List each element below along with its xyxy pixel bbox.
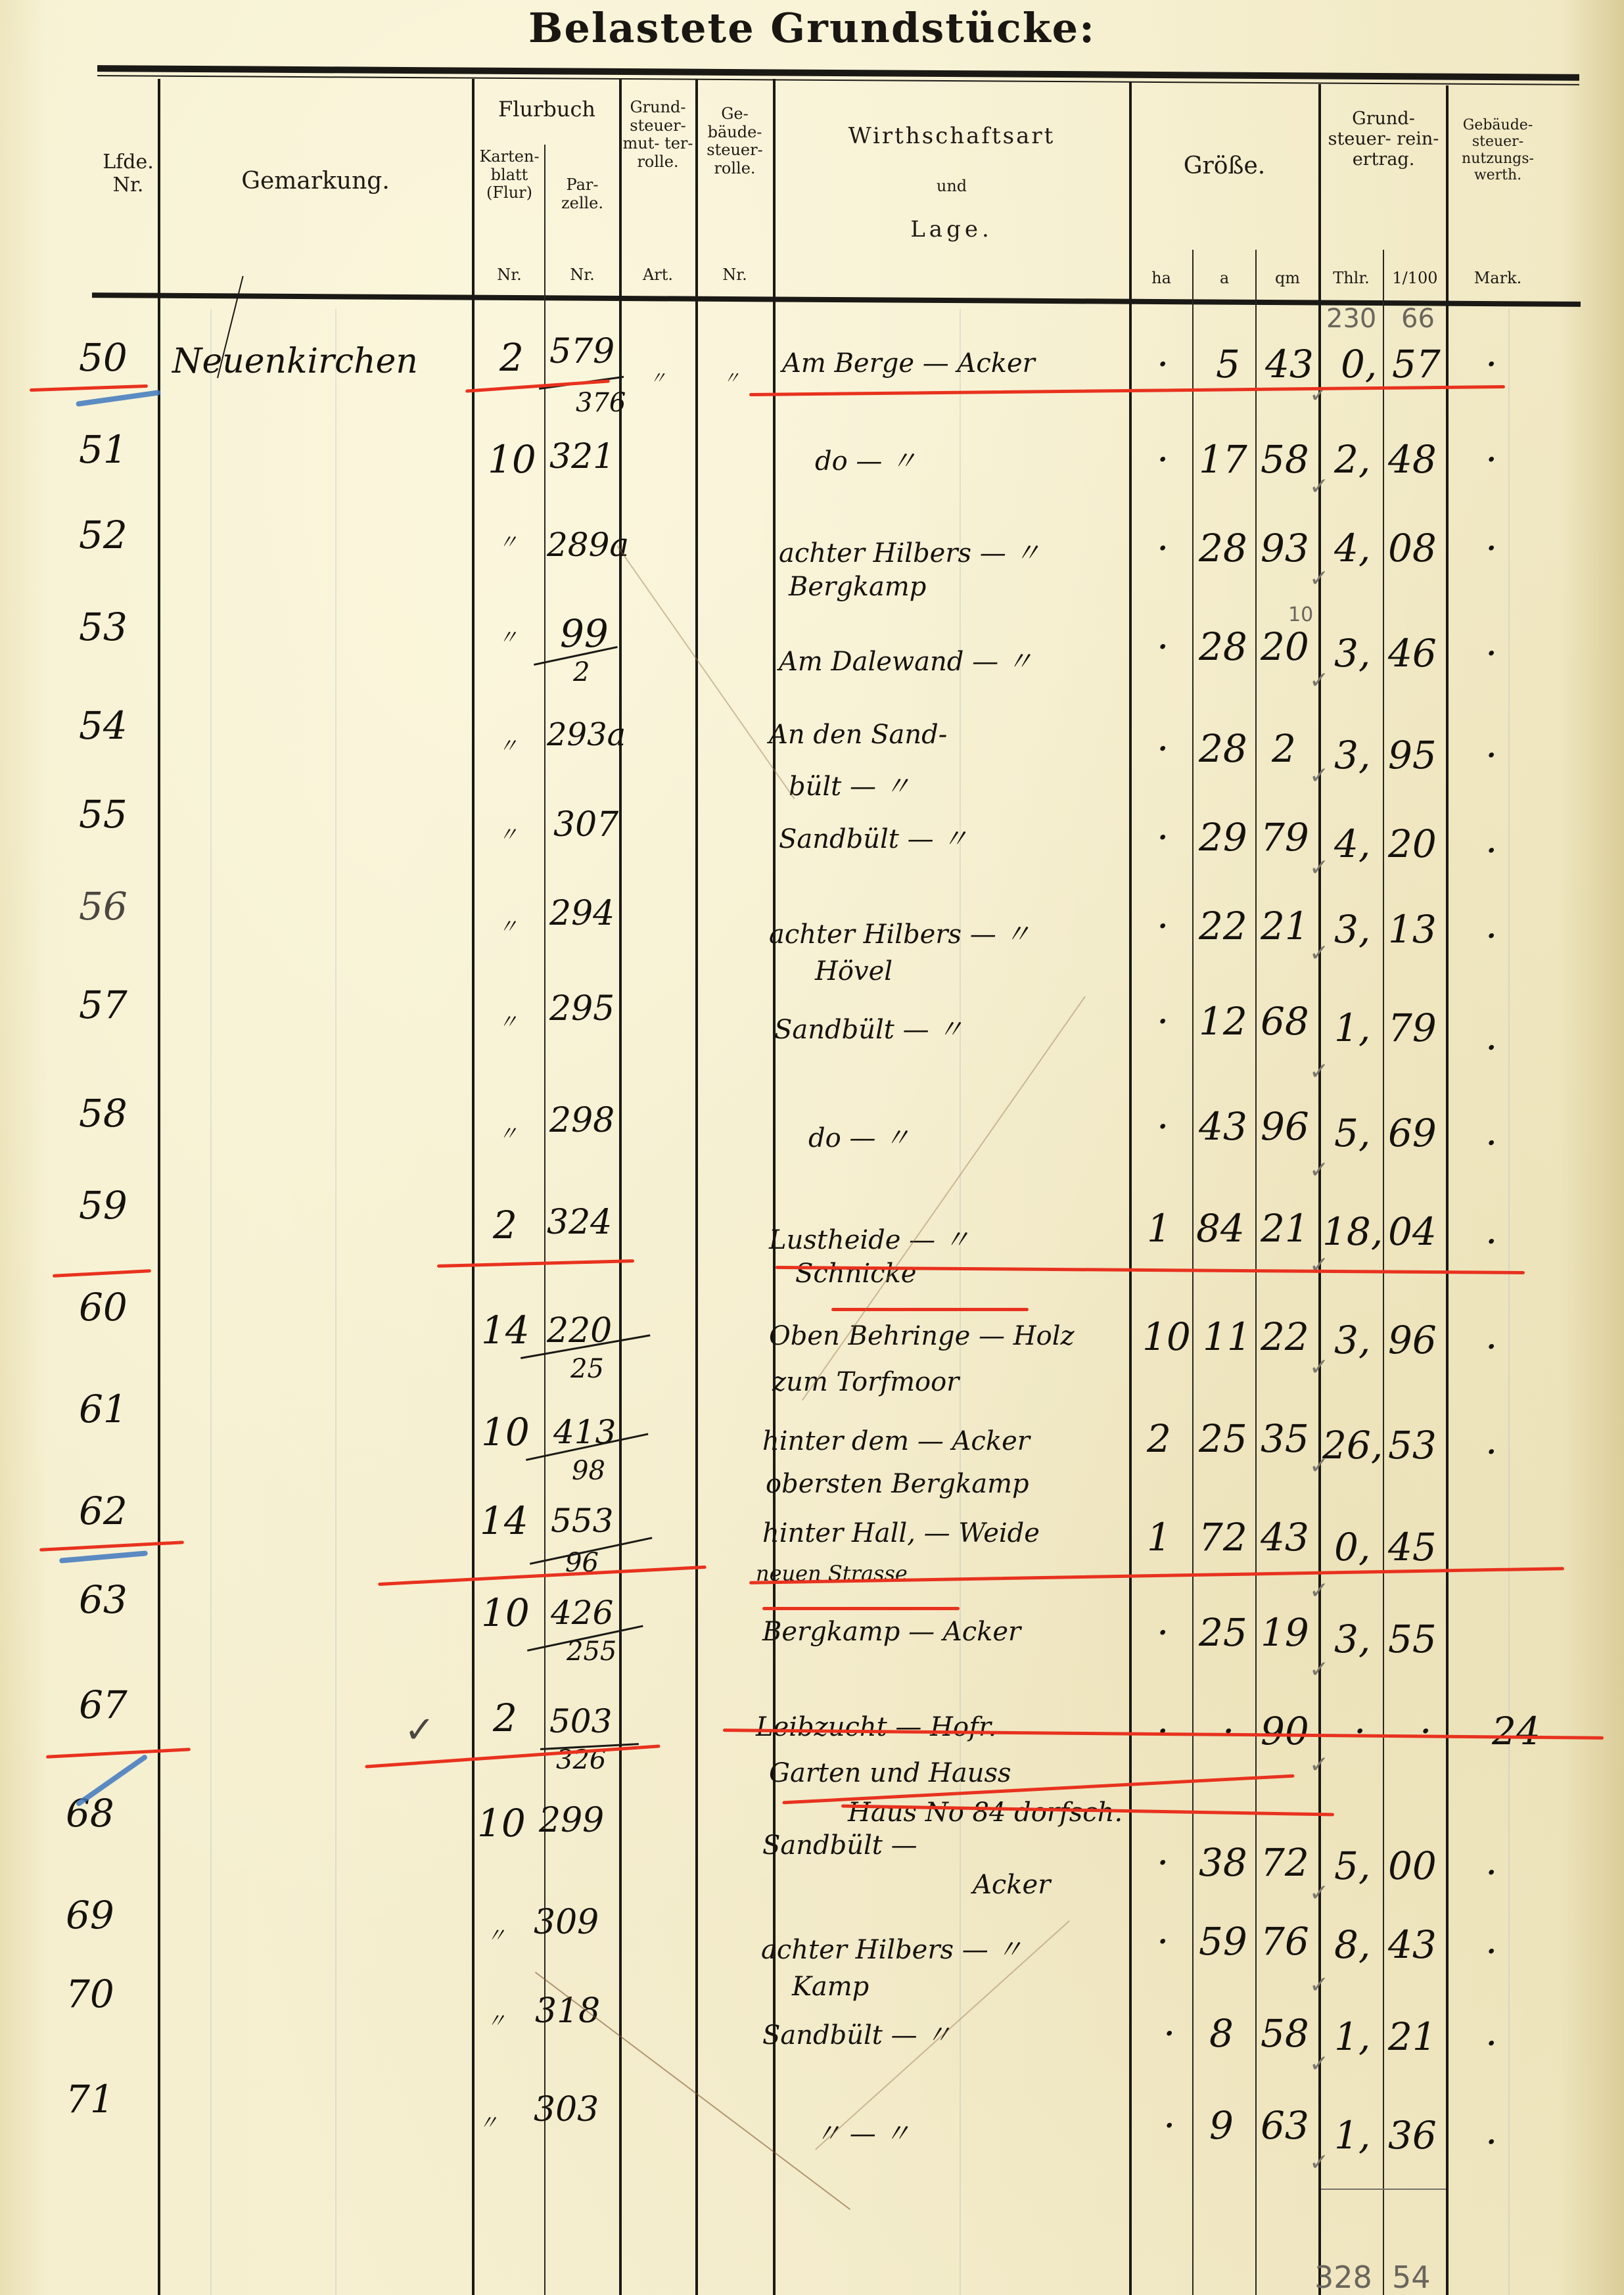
size-a: 12 (1199, 999, 1247, 1044)
ertrag-hundredths: 53 (1388, 1423, 1437, 1468)
ertrag-hundredths: 79 (1388, 1006, 1437, 1050)
ertrag-thlr: 1, (1334, 1006, 1370, 1050)
size-a: 25 (1199, 1610, 1247, 1655)
size-a: 28 (1199, 624, 1247, 669)
size-ha: · (1157, 815, 1169, 860)
parzelle-sub-nr: 376 (576, 388, 626, 418)
lage-text-line2: obersten Bergkamp (766, 1469, 1029, 1499)
size-ha: · (1157, 999, 1169, 1044)
size-qm: 21 (1261, 1206, 1309, 1251)
row-nr: 59 (79, 1183, 128, 1228)
parzelle-nr: 579 (549, 332, 615, 371)
page-title: Belastete Grundstücke: (0, 4, 1624, 52)
col-rule-karte-parzelle (544, 145, 545, 2295)
red-cancel-line (831, 1308, 1029, 1311)
lage-text: achter Hilbers — 〃 (779, 532, 1040, 570)
ertrag-thlr: 0, (1334, 1525, 1370, 1569)
size-a: 11 (1203, 1314, 1251, 1359)
carry-over-hundredths: 66 (1401, 304, 1435, 334)
checkmark-icon: ✓ (1309, 940, 1329, 967)
header-lage: Lage. (776, 217, 1128, 243)
ertrag-hundredths: 46 (1388, 631, 1437, 676)
mark-value: · (1485, 1929, 1497, 1974)
ertrag-thlr: 3, (1334, 1617, 1370, 1661)
lage-text-line2: Garten und Hauss (769, 1758, 1011, 1788)
carry-over-thlr: 230 (1326, 304, 1376, 334)
lage-text-line2: Acker (973, 1870, 1050, 1900)
mark-value: · (1485, 828, 1497, 873)
lage-text: Sandbült — (762, 1830, 917, 1861)
header-grundsteuerreinertrag: Grund- steuer- rein- ertrag. (1321, 108, 1446, 170)
lage-text-line2: Kamp (792, 1972, 869, 2002)
checkmark-icon: ✓ (1309, 1577, 1329, 1604)
lage-text: Sandbült — 〃 (762, 2014, 952, 2052)
row-nr: 55 (79, 792, 128, 837)
mark-value: · (1485, 1121, 1497, 1165)
parzelle-nr: 307 (553, 805, 618, 845)
col-rule-lage-groesse (1129, 82, 1132, 2295)
lage-text: 〃 — 〃 (815, 2113, 910, 2150)
kartenblatt-nr: 10 (481, 1410, 530, 1454)
parzelle-nr: 299 (539, 1801, 604, 1840)
guide-line (210, 309, 212, 2295)
row-nr: 50 (79, 335, 128, 380)
mark-value: · (1485, 2021, 1497, 2066)
size-qm: 43 (1261, 1515, 1309, 1560)
checkmark-icon: ✓ (1309, 1354, 1329, 1381)
size-a: 29 (1199, 815, 1247, 860)
lage-text: Sandbült — 〃 (774, 1009, 963, 1046)
unit-thlr: Thlr. (1321, 269, 1381, 288)
header-flurbuch: Flurbuch (475, 97, 619, 122)
kartenblatt-nr: 〃 (498, 1117, 518, 1146)
gebaeude-nr: 〃 (723, 365, 740, 389)
size-a: 17 (1199, 437, 1247, 482)
header-und: und (776, 177, 1128, 196)
lage-text-line2: zum Torfmoor (772, 1367, 959, 1397)
parzelle-nr: 426 (551, 1594, 613, 1632)
checkmark-icon: ✓ (1309, 854, 1329, 881)
col-rule-ha-a (1192, 250, 1194, 2295)
lage-text: Bergkamp — Acker (762, 1617, 1021, 1647)
ertrag-hundredths: 13 (1388, 907, 1437, 952)
checkmark-icon: ✓ (1309, 1252, 1329, 1279)
lage-text: Lustheide — 〃 (769, 1219, 970, 1257)
size-a: 5 (1216, 342, 1240, 386)
checkmark-icon: ✓ (404, 1709, 435, 1751)
checkmark-icon: ✓ (1309, 565, 1329, 592)
ertrag-thlr: 26, (1322, 1423, 1383, 1468)
kartenblatt-nr: 〃 (498, 910, 518, 939)
lage-text-line2: Hövel (815, 956, 893, 986)
row-nr: 62 (79, 1489, 128, 1533)
kartenblatt-nr: 〃 (498, 818, 518, 847)
parzelle-nr: 309 (534, 1903, 599, 1942)
kartenblatt-nr: 2 (493, 1696, 517, 1740)
size-ha: · (1163, 2103, 1175, 2148)
size-ha: · (1157, 726, 1169, 771)
size-ha: · (1157, 526, 1169, 570)
unit-hundredths: 1/100 (1385, 269, 1445, 288)
kartenblatt-nr: 〃 (486, 1919, 506, 1948)
ertrag-hundredths: 00 (1388, 1843, 1437, 1888)
total-thlr: 328 (1314, 2260, 1372, 2295)
kartenblatt-nr: 〃 (498, 730, 518, 758)
mark-value: · (1485, 1429, 1497, 1474)
header-kartenblatt: Karten- blatt (Flur) (475, 148, 544, 202)
lage-text-line2: bült — 〃 (789, 766, 911, 803)
unit-kartenblatt-nr: Nr. (475, 266, 544, 285)
unit-ha: ha (1132, 269, 1191, 288)
mark-value: · (1485, 914, 1497, 958)
size-a: · (1222, 1709, 1234, 1753)
kartenblatt-nr: 〃 (498, 526, 518, 555)
ertrag-thlr: 3, (1334, 733, 1370, 777)
row-nr: 54 (79, 703, 128, 748)
ertrag-hundredths: 21 (1388, 2014, 1437, 2059)
size-ha: 1 (1147, 1206, 1171, 1251)
unit-gebaeude-nr: Nr. (698, 266, 772, 285)
ertrag-thlr: 4, (1334, 822, 1370, 866)
row-nr: 53 (79, 605, 128, 649)
ertrag-hundredths: 96 (1388, 1318, 1437, 1362)
checkmark-icon: ✓ (1309, 1452, 1329, 1479)
size-a: 72 (1199, 1515, 1247, 1560)
size-ha: · (1157, 1104, 1169, 1149)
col-rule-grund-geb (695, 79, 698, 2295)
size-a: 25 (1199, 1416, 1247, 1461)
grundsteuer-art: 〃 (649, 365, 666, 389)
ertrag-hundredths: 04 (1388, 1209, 1437, 1254)
size-a: 8 (1209, 2011, 1234, 2056)
red-cancel-line (762, 1607, 960, 1610)
checkmark-icon: ✓ (1309, 2149, 1329, 2176)
size-qm: 2 (1272, 726, 1296, 771)
mark-value: · (1485, 437, 1497, 482)
size-ha: · (1157, 437, 1169, 482)
row-nr: 71 (66, 2077, 114, 2121)
checkmark-icon: ✓ (1309, 1880, 1329, 1907)
checkmark-icon: ✓ (1309, 473, 1329, 500)
gemarkung-value: Neuenkirchen (172, 342, 418, 381)
size-ha: · (1157, 624, 1169, 669)
lage-text: achter Hilbers — 〃 (769, 914, 1031, 951)
kartenblatt-nr: 〃 (498, 621, 518, 650)
ertrag-thlr: 4, (1334, 526, 1370, 570)
row-nr: 70 (66, 1972, 114, 2016)
row-nr: 61 (79, 1387, 128, 1431)
parzelle-nr: 293a (547, 716, 626, 753)
size-ha: 10 (1142, 1314, 1191, 1359)
header-gebaeudesteuerrolle: Ge- bäude- steuer- rolle. (698, 105, 772, 177)
row-nr: 69 (66, 1893, 114, 1937)
parzelle-nr: 503 (549, 1702, 612, 1740)
ertrag-hundredths: 08 (1388, 526, 1437, 570)
header-gemarkung: Gemarkung. (161, 168, 470, 195)
header-lfde-nr: Lfde. Nr. (99, 151, 158, 197)
header-wirthschaftsart: Wirthschaftsart (776, 124, 1128, 149)
size-a: 84 (1196, 1206, 1245, 1251)
size-ha: 1 (1147, 1515, 1171, 1560)
size-ha: · (1157, 1610, 1169, 1655)
size-ha: 2 (1147, 1416, 1171, 1461)
kartenblatt-nr: 〃 (498, 1006, 518, 1034)
lage-text-line2: Bergkamp (789, 572, 926, 602)
mark-value: · (1485, 1219, 1497, 1264)
size-a: 28 (1199, 726, 1247, 771)
parzelle-nr: 553 (551, 1502, 613, 1540)
size-a: 43 (1199, 1104, 1247, 1149)
parzelle-nr: 321 (549, 437, 615, 476)
guide-line (1508, 309, 1510, 2295)
ertrag-hundredths: 95 (1388, 733, 1437, 777)
parzelle-nr: 324 (547, 1203, 612, 1242)
size-qm: 90 (1261, 1709, 1309, 1753)
mark-value: · (1485, 1025, 1497, 1070)
mark-value: · (1485, 631, 1497, 676)
parzelle-sub-nr: 25 (570, 1354, 604, 1384)
ertrag-thlr: 3, (1334, 631, 1370, 676)
size-a: 28 (1199, 526, 1247, 570)
ertrag-hundredths: 57 (1392, 342, 1441, 386)
row-nr: 57 (79, 983, 128, 1027)
kartenblatt-nr: 2 (499, 335, 524, 380)
size-ha: · (1163, 2011, 1175, 2056)
ertrag-thlr: 1, (1334, 2014, 1370, 2059)
row-nr: 60 (79, 1285, 128, 1330)
kartenblatt-nr: 10 (481, 1590, 530, 1635)
size-ha: · (1157, 904, 1169, 948)
checkmark-icon: ✓ (1309, 762, 1329, 789)
total-rule (1321, 2189, 1446, 2190)
checkmark-icon: ✓ (1309, 1972, 1329, 1999)
size-qm: 20 (1261, 624, 1309, 669)
ertrag-hundredths: 36 (1388, 2113, 1437, 2158)
lage-text: An den Sand- (769, 720, 947, 750)
total-hundredths: 54 (1392, 2260, 1431, 2295)
ertrag-hundredths: · (1420, 1709, 1431, 1753)
size-qm: 35 (1261, 1416, 1309, 1461)
unit-qm: qm (1258, 269, 1317, 288)
mark-value: · (1485, 733, 1497, 777)
ertrag-thlr: 5, (1334, 1111, 1370, 1155)
ertrag-thlr: 1, (1334, 2113, 1370, 2158)
checkmark-icon: ✓ (1309, 1058, 1329, 1085)
col-rule-lfde-gemarkung (158, 79, 160, 2295)
row-nr: 51 (79, 427, 128, 472)
size-qm: 79 (1261, 815, 1309, 860)
size-qm: 22 (1261, 1314, 1309, 1359)
unit-parzelle-nr: Nr. (547, 266, 618, 285)
kartenblatt-nr: 14 (480, 1498, 528, 1543)
size-qm: 93 (1261, 526, 1309, 570)
col-rule-groesse-ertrag (1318, 84, 1321, 2295)
ertrag-thlr: 5, (1334, 1843, 1370, 1888)
size-qm: 58 (1261, 2011, 1309, 2056)
mark-value: · (1485, 342, 1497, 386)
kartenblatt-nr: 10 (488, 437, 536, 482)
ertrag-thlr: 8, (1334, 1922, 1370, 1967)
parzelle-nr: 294 (549, 894, 615, 933)
guide-line (960, 309, 961, 2295)
size-a: 38 (1199, 1840, 1247, 1885)
parzelle-sub-nr: 98 (572, 1456, 605, 1486)
lage-text: Sandbült — 〃 (779, 818, 968, 856)
size-qm: 21 (1261, 904, 1309, 948)
lage-text: hinter dem — Acker (762, 1426, 1030, 1456)
mark-value: 24 (1492, 1709, 1541, 1753)
size-qm: 43 (1265, 342, 1314, 386)
parzelle-nr: 295 (549, 989, 615, 1029)
size-qm: 58 (1261, 437, 1309, 482)
header-groesse: Größe. (1132, 152, 1317, 179)
lage-text: hinter Hall, — Weide (762, 1518, 1040, 1548)
header-gebaeudesteuernutzungswerth: Gebäude- steuer- nutzungs- werth. (1449, 117, 1547, 183)
lage-text: achter Hilbers — 〃 (761, 1929, 1023, 1966)
ertrag-hundredths: 45 (1388, 1525, 1437, 1569)
size-ha: · (1157, 1840, 1169, 1885)
lage-text: Leibzucht — Hofr. (756, 1712, 996, 1742)
row-nr: 56 (79, 884, 128, 929)
size-qm: 96 (1261, 1104, 1309, 1149)
mark-value: · (1485, 1850, 1497, 1895)
size-qm: 72 (1261, 1840, 1309, 1885)
size-a: 59 (1199, 1919, 1247, 1964)
row-nr: 52 (79, 513, 128, 557)
checkmark-icon: ✓ (1309, 1157, 1329, 1184)
size-qm: 76 (1261, 1919, 1309, 1964)
ertrag-thlr: 18, (1322, 1209, 1383, 1254)
size-a: 9 (1209, 2103, 1234, 2148)
col-rule-ertrag-mark (1446, 85, 1449, 2295)
row-nr: 63 (79, 1577, 128, 1622)
lage-text: do — 〃 (815, 440, 917, 478)
row53-qm-correction: 10 (1288, 603, 1313, 626)
ertrag-thlr: · (1354, 1709, 1366, 1753)
ertrag-thlr: 0, (1341, 342, 1377, 386)
ertrag-hundredths: 48 (1388, 437, 1437, 482)
unit-mark: Mark. (1449, 269, 1547, 288)
lage-text-line3: Haus No 84 dorfsch. (848, 1797, 1123, 1828)
header-parzelle: Par- zelle. (547, 176, 618, 212)
lage-text: Oben Behringe — Holz (769, 1321, 1075, 1351)
mark-value: · (1485, 526, 1497, 570)
checkmark-icon: ✓ (1309, 667, 1329, 694)
checkmark-icon: ✓ (1309, 1751, 1329, 1778)
guide-line (335, 309, 336, 2295)
size-qm: 63 (1261, 2103, 1309, 2148)
ertrag-hundredths: 43 (1388, 1922, 1437, 1967)
parzelle-nr: 413 (553, 1413, 616, 1451)
parzelle-nr: 303 (534, 2090, 599, 2129)
parzelle-nr: 289a (547, 526, 629, 564)
kartenblatt-nr: 2 (493, 1203, 517, 1247)
unit-a: a (1195, 269, 1254, 288)
size-ha: · (1157, 1709, 1169, 1753)
size-a: 22 (1199, 904, 1247, 948)
parzelle-nr: 298 (549, 1101, 615, 1140)
ertrag-hundredths: 69 (1388, 1111, 1437, 1155)
ertrag-hundredths: 20 (1388, 822, 1437, 866)
kartenblatt-nr: 〃 (486, 2005, 506, 2033)
checkmark-icon: ✓ (1309, 2051, 1329, 2077)
ertrag-hundredths: 55 (1388, 1617, 1437, 1661)
checkmark-icon: ✓ (1309, 381, 1329, 408)
header-grundsteuermutterrolle: Grund- steuer- mut- ter- rolle. (622, 99, 694, 171)
size-qm: 68 (1261, 999, 1309, 1044)
row-nr: 67 (79, 1682, 128, 1727)
checkmark-icon: ✓ (1309, 1656, 1329, 1683)
row-nr: 58 (79, 1091, 128, 1136)
col-rule-gemarkung-karte (472, 79, 475, 2295)
kartenblatt-nr: 14 (481, 1308, 530, 1353)
ertrag-thlr: 2, (1334, 437, 1370, 482)
ertrag-thlr: 3, (1334, 1318, 1370, 1362)
ertrag-thlr: 3, (1334, 907, 1370, 952)
size-ha: · (1157, 342, 1169, 386)
kartenblatt-nr: 〃 (478, 2106, 498, 2135)
unit-grundsteuer-art: Art. (622, 266, 694, 285)
mark-value: · (1485, 2120, 1497, 2164)
size-ha: · (1157, 1919, 1169, 1964)
lage-text: Am Berge — Acker (782, 348, 1035, 379)
parzelle-sub-nr: 2 (573, 657, 590, 687)
size-qm: 19 (1261, 1610, 1309, 1655)
mark-value: · (1485, 1324, 1497, 1369)
lage-text: Am Dalewand — 〃 (779, 641, 1033, 678)
lage-text: do — 〃 (808, 1117, 910, 1155)
kartenblatt-nr: 10 (477, 1801, 526, 1845)
